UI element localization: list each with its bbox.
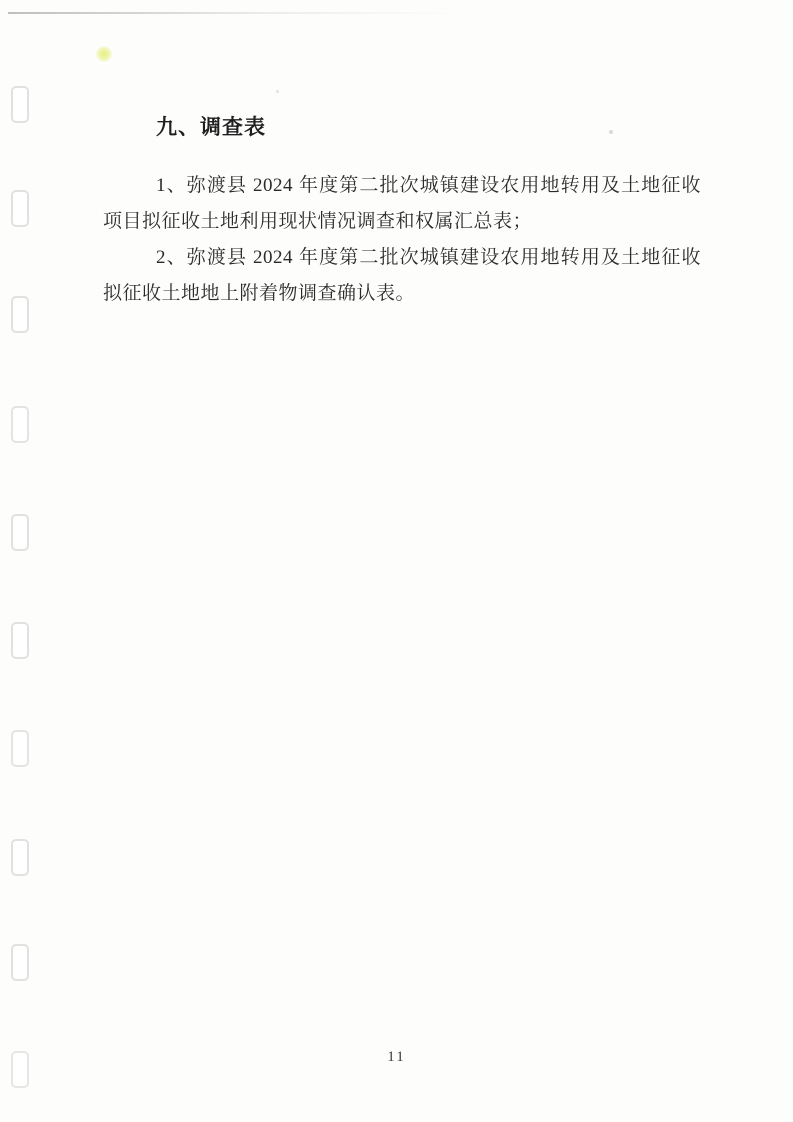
list-item-2: 2、弥渡县 2024 年度第二批次城镇建设农用地转用及土地征收拟征收土地地上附着… (103, 240, 701, 312)
scan-edge-line (8, 12, 466, 14)
binder-hole-mark (11, 86, 29, 123)
binder-hole-mark (11, 190, 29, 227)
page-number: 11 (0, 1049, 793, 1066)
scan-speck (276, 90, 279, 93)
highlight-speck (96, 46, 112, 62)
document-body: 九、调查表 1、弥渡县 2024 年度第二批次城镇建设农用地转用及土地征收项目拟… (103, 112, 701, 312)
section-heading: 九、调查表 (156, 112, 701, 142)
binder-hole-mark (11, 730, 29, 767)
binder-hole-mark (11, 839, 29, 876)
list-item-1: 1、弥渡县 2024 年度第二批次城镇建设农用地转用及土地征收项目拟征收土地利用… (103, 168, 701, 240)
document-page: 九、调查表 1、弥渡县 2024 年度第二批次城镇建设农用地转用及土地征收项目拟… (0, 0, 793, 1122)
binder-hole-mark (11, 622, 29, 659)
binder-hole-mark (11, 514, 29, 551)
binder-hole-mark (11, 944, 29, 981)
binder-hole-mark (11, 406, 29, 443)
binder-hole-mark (11, 296, 29, 333)
